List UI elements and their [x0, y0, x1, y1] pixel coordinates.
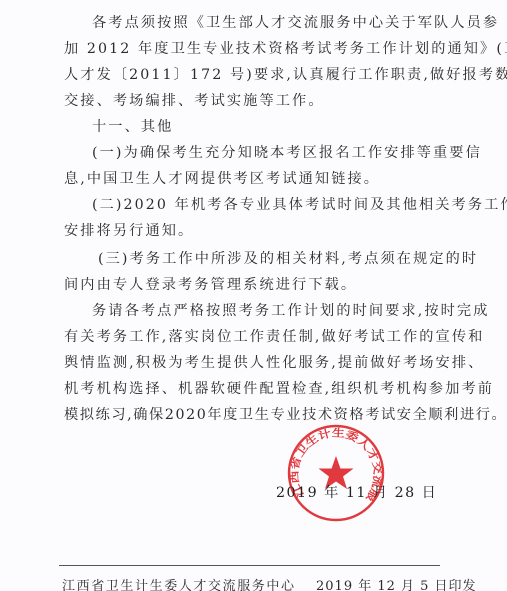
- text-line: (三)考务工作中所涉及的相关材料,考点须在规定的时: [98, 250, 478, 268]
- official-seal-icon: 江西省卫生计生委人才交流服务中心: [286, 423, 386, 523]
- footer-print-date: 2019 年 12 月 5 日印发: [316, 575, 477, 591]
- text-line: 息,中国卫生人才网提供考区考试通知链接。: [64, 170, 444, 188]
- text-line: (一)为确保考生充分知晓本考区报名工作安排等重要信: [92, 144, 472, 162]
- footer-divider: [59, 565, 440, 566]
- text-line: 舆情监测,积极为考生提供人性化服务,提前做好考场安排、: [64, 354, 444, 372]
- text-line: 各考点须按照《卫生部人才交流服务中心关于军队人员参: [92, 14, 472, 32]
- text-line: 安排将另行通知。: [64, 222, 444, 240]
- text-line: 加 2012 年度卫生专业技术资格考试考务工作计划的通知》(卫: [64, 40, 444, 58]
- text-line: 有关考务工作,落实岗位工作责任制,做好考试工作的宣传和: [64, 328, 444, 346]
- text-line: 机考机构选择、机器软硬件配置检查,组织机考机构参加考前: [64, 380, 444, 398]
- text-line: 务请各考点严格按照考务工作计划的时间要求,按时完成: [92, 302, 472, 320]
- footer-issuer: 江西省卫生计生委人才交流服务中心: [62, 575, 296, 591]
- signature-date: 2019 年 11 月 28 日: [276, 482, 437, 502]
- text-line: 交接、考场编排、考试实施等工作。: [64, 92, 444, 110]
- text-line: 间内由专人登录考务管理系统进行下载。: [64, 276, 444, 294]
- text-line: 模拟练习,确保2020年度卫生专业技术资格考试安全顺利进行。: [64, 406, 444, 424]
- text-line: (二)2020 年机考各专业具体考试时间及其他相关考务工作: [92, 196, 472, 214]
- section-heading: 十一、其他: [92, 118, 472, 136]
- text-line: 人才发〔2011〕172 号)要求,认真履行工作职责,做好报考数据: [64, 66, 444, 84]
